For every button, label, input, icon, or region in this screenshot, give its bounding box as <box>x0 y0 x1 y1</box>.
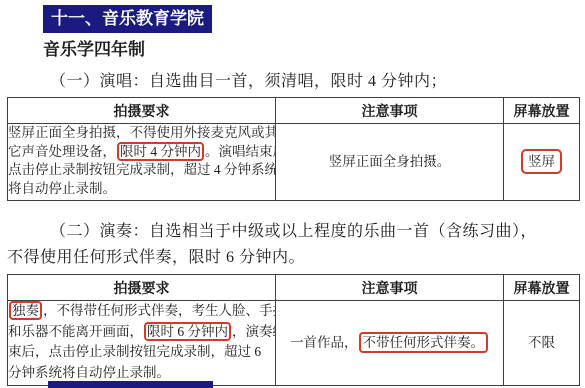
table-row: 独奏，不得带任何形式伴奏，考生人脸、手指和乐器不能离开画面，限时 6 分钟内，演… <box>8 301 580 386</box>
column-header-screen-placement: 屏幕放置 <box>504 275 580 301</box>
table-header-row: 拍摄要求 注意事项 屏幕放置 <box>8 98 580 124</box>
section-title: 十一、音乐教育学院 <box>51 9 204 28</box>
table-header-row: 拍摄要求 注意事项 屏幕放置 <box>8 275 580 301</box>
highlight-box: 独奏 <box>9 301 42 320</box>
cell-shooting-requirements: 独奏，不得带任何形式伴奏，考生人脸、手指和乐器不能离开画面，限时 6 分钟内，演… <box>8 301 276 386</box>
column-header-shooting-requirements: 拍摄要求 <box>8 275 276 301</box>
paragraph-singing-requirement: （一）演唱：自选曲目一首，须清唱，限时 4 分钟内； <box>50 68 447 91</box>
cell-screen-placement: 不限 <box>504 301 580 386</box>
highlight-box: 限时 4 分钟内 <box>117 142 204 161</box>
column-header-shooting-requirements: 拍摄要求 <box>8 98 276 124</box>
program-title: 音乐学四年制 <box>43 35 145 60</box>
cell-notes: 竖屏正面全身拍摄。 <box>276 124 504 201</box>
column-header-notes: 注意事项 <box>276 275 504 301</box>
paragraph-playing-requirement-line1: （二）演奏：自选相当于中级或以上程度的乐曲一首（含练习曲）， <box>50 218 537 241</box>
paragraph-playing-requirement-line2: 不得使用任何形式伴奏，限时 6 分钟内。 <box>7 244 305 267</box>
cell-screen-placement: 竖屏 <box>504 124 580 201</box>
document-page: 十一、音乐教育学院 音乐学四年制 （一）演唱：自选曲目一首，须清唱，限时 4 分… <box>0 0 585 388</box>
highlight-box: 不带任何形式伴奏。 <box>359 332 489 353</box>
singing-requirements-table: 拍摄要求 注意事项 屏幕放置 竖屏正面全身拍摄，不得使用外接麦克风或其它声音处理… <box>7 97 580 201</box>
column-header-screen-placement: 屏幕放置 <box>504 98 580 124</box>
highlight-box: 竖屏 <box>521 149 562 174</box>
section-title-bar: 十一、音乐教育学院 <box>43 5 212 33</box>
playing-requirements-table: 拍摄要求 注意事项 屏幕放置 独奏，不得带任何形式伴奏，考生人脸、手指和乐器不能… <box>7 274 580 386</box>
cell-shooting-requirements: 竖屏正面全身拍摄，不得使用外接麦克风或其它声音处理设备，限时 4 分钟内。演唱结… <box>8 124 276 201</box>
next-section-bar-partial <box>48 381 213 388</box>
table-row: 竖屏正面全身拍摄，不得使用外接麦克风或其它声音处理设备，限时 4 分钟内。演唱结… <box>8 124 580 201</box>
highlight-box: 限时 6 分钟内 <box>144 322 231 341</box>
cell-notes: 一首作品，不带任何形式伴奏。 <box>276 301 504 386</box>
column-header-notes: 注意事项 <box>276 98 504 124</box>
